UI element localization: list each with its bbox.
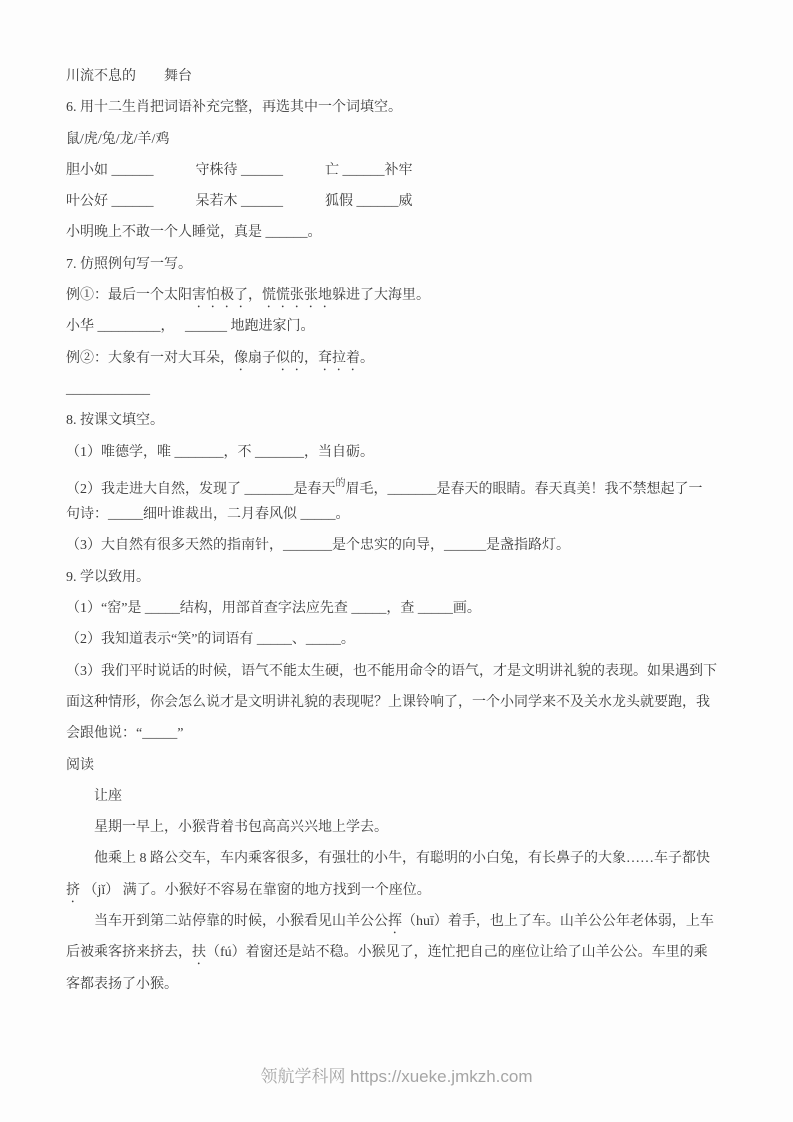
text-segment: （1）“窑”是 _____结构，用部首查字法应先查 _____，查 _____画… bbox=[66, 601, 481, 616]
emphasis-dot-text: 耷拉着 bbox=[318, 351, 360, 366]
text-segment: 叶公好 ______ 呆若木 ______ 狐假 ______威 bbox=[66, 194, 413, 209]
text-segment: 小华 _________， ______ 地跑进家门。 bbox=[66, 319, 315, 334]
text-line: （1）唯德学，唯 _______，不 _______，当自砺。 bbox=[66, 437, 736, 468]
exam-paper-page: 川流不息的 舞台6. 用十二生肖把词语补充完整，再选其中一个词填空。鼠/虎/兔/… bbox=[0, 0, 793, 1122]
text-line: 客都表扬了小猴。 bbox=[66, 969, 736, 1000]
text-line: （3）大自然有很多天然的指南针，_______是个忠实的向导，______是盏指… bbox=[66, 530, 736, 561]
text-line: 川流不息的 舞台 bbox=[66, 61, 736, 92]
watermark-text: 领航学科网 https://xueke.jmkzh.com bbox=[260, 1067, 532, 1086]
emphasis-dot-text: 挤 bbox=[66, 883, 80, 898]
text-line: （2）我走进大自然，发现了 _______是春天的眉毛，_______是春天的眼… bbox=[66, 468, 736, 499]
text-segment: （fú）着窗还是站不稳。小猴见了，连忙把自己的座位让给了山羊公公。车里的乘 bbox=[206, 945, 708, 960]
emphasis-dot-text: 似的 bbox=[276, 351, 304, 366]
text-segment: （1）唯德学，唯 _______，不 _______，当自砺。 bbox=[66, 445, 374, 460]
text-segment: 7. 仿照例句写一写。 bbox=[66, 257, 192, 272]
text-segment: 当车开到第二站停靠的时候，小猴看见山羊公公 bbox=[94, 914, 388, 929]
inserted-superscript-text: 的 bbox=[336, 478, 346, 489]
text-segment: 例②：大象有一对大耳朵， bbox=[66, 351, 234, 366]
text-segment: 后被乘客挤来挤去， bbox=[66, 945, 192, 960]
text-segment: 鼠/虎/兔/龙/羊/鸡 bbox=[66, 132, 169, 147]
emphasis-dot-text: 扶 bbox=[192, 945, 206, 960]
text-segment: 。 bbox=[360, 351, 374, 366]
text-segment: 句诗：_____细叶谁裁出，二月春风似 _____。 bbox=[66, 507, 350, 522]
text-segment: ____________ bbox=[66, 382, 150, 397]
text-segment: 阅读 bbox=[66, 758, 94, 773]
text-segment: 面这种情形，你会怎么说才是文明讲礼貌的表现呢？上课铃响了，一个小同学来不及关水龙… bbox=[66, 695, 710, 710]
text-line: 6. 用十二生肖把词语补充完整，再选其中一个词填空。 bbox=[66, 92, 736, 123]
text-line: 让座 bbox=[66, 781, 736, 812]
text-segment: 客都表扬了小猴。 bbox=[66, 977, 178, 992]
watermark-footer: 领航学科网 https://xueke.jmkzh.com bbox=[0, 1062, 793, 1087]
text-line: 挤 （jǐ） 满了。小猴好不容易在靠窗的地方找到一个座位。 bbox=[66, 875, 736, 906]
text-line: 星期一早上，小猴背着书包高高兴兴地上学去。 bbox=[66, 812, 736, 843]
emphasis-dot-text: 像 bbox=[234, 351, 248, 366]
text-line: 面这种情形，你会怎么说才是文明讲礼貌的表现呢？上课铃响了，一个小同学来不及关水龙… bbox=[66, 687, 736, 718]
text-line: 例②：大象有一对大耳朵，像扇子似的，耷拉着。 bbox=[66, 343, 736, 374]
text-segment: 星期一早上，小猴背着书包高高兴兴地上学去。 bbox=[94, 820, 388, 835]
document-content: 川流不息的 舞台6. 用十二生肖把词语补充完整，再选其中一个词填空。鼠/虎/兔/… bbox=[66, 61, 736, 1000]
emphasis-dot-text: 挥 bbox=[388, 914, 402, 929]
text-segment: （3）大自然有很多天然的指南针，_______是个忠实的向导，______是盏指… bbox=[66, 538, 570, 553]
text-line: （3）我们平时说话的时候，语气不能太生硬，也不能用命令的语气，才是文明讲礼貌的表… bbox=[66, 656, 736, 687]
text-line: 例①：最后一个太阳害怕极了，慌慌张张地躲进了大海里。 bbox=[66, 280, 736, 311]
text-segment: 躲进了大海里。 bbox=[332, 288, 430, 303]
text-line: 鼠/虎/兔/龙/羊/鸡 bbox=[66, 124, 736, 155]
text-segment: 会跟他说：“_____” bbox=[66, 726, 183, 741]
text-line: ____________ bbox=[66, 374, 736, 405]
text-line: 叶公好 ______ 呆若木 ______ 狐假 ______威 bbox=[66, 186, 736, 217]
text-segment: 9. 学以致用。 bbox=[66, 570, 150, 585]
text-segment: 8. 按课文填空。 bbox=[66, 413, 164, 428]
text-segment: 川流不息的 舞台 bbox=[66, 69, 192, 84]
text-segment: （huī）着手，也上了车。山羊公公年老体弱，上车 bbox=[402, 914, 714, 929]
text-segment: 他乘上 8 路公交车，车内乘客很多，有强壮的小牛，有聪明的小白兔，有长鼻子的大象… bbox=[94, 851, 710, 866]
text-segment: （3）我们平时说话的时候，语气不能太生硬，也不能用命令的语气，才是文明讲礼貌的表… bbox=[66, 664, 717, 679]
text-line: （1）“窑”是 _____结构，用部首查字法应先查 _____，查 _____画… bbox=[66, 593, 736, 624]
text-line: 会跟他说：“_____” bbox=[66, 718, 736, 749]
text-segment: 例①：最后一个太阳 bbox=[66, 288, 192, 303]
text-segment: 胆小如 ______ 守株待 ______ 亡 ______补牢 bbox=[66, 163, 413, 178]
text-segment: ， bbox=[304, 351, 318, 366]
text-line: 后被乘客挤来挤去，扶（fú）着窗还是站不稳。小猴见了，连忙把自己的座位让给了山羊… bbox=[66, 937, 736, 968]
text-segment: 让座 bbox=[94, 789, 122, 804]
text-line: 小华 _________， ______ 地跑进家门。 bbox=[66, 311, 736, 342]
text-line: 他乘上 8 路公交车，车内乘客很多，有强壮的小牛，有聪明的小白兔，有长鼻子的大象… bbox=[66, 843, 736, 874]
text-line: （2）我知道表示“笑”的词语有 _____、_____。 bbox=[66, 624, 736, 655]
text-line: 9. 学以致用。 bbox=[66, 562, 736, 593]
text-line: 8. 按课文填空。 bbox=[66, 405, 736, 436]
text-segment: 扇子 bbox=[248, 351, 276, 366]
text-line: 阅读 bbox=[66, 750, 736, 781]
text-line: 当车开到第二站停靠的时候，小猴看见山羊公公挥（huī）着手，也上了车。山羊公公年… bbox=[66, 906, 736, 937]
text-segment: 6. 用十二生肖把词语补充完整，再选其中一个词填空。 bbox=[66, 100, 402, 115]
text-segment: 眉毛，_______是春天的眼睛。春天真美！我不禁想起了一 bbox=[346, 482, 703, 497]
text-segment: （jǐ） 满了。小猴好不容易在靠窗的地方找到一个座位。 bbox=[80, 883, 431, 898]
text-segment: 小明晚上不敢一个人睡觉，真是 ______。 bbox=[66, 225, 322, 240]
text-line: 胆小如 ______ 守株待 ______ 亡 ______补牢 bbox=[66, 155, 736, 186]
text-line: 小明晚上不敢一个人睡觉，真是 ______。 bbox=[66, 217, 736, 248]
emphasis-dot-text: 害怕极了 bbox=[192, 288, 248, 303]
emphasis-dot-text: 慌慌张张地 bbox=[262, 288, 332, 303]
text-line: 句诗：_____细叶谁裁出，二月春风似 _____。 bbox=[66, 499, 736, 530]
text-segment: ， bbox=[248, 288, 262, 303]
text-segment: （2）我知道表示“笑”的词语有 _____、_____。 bbox=[66, 632, 355, 647]
text-segment: （2）我走进大自然，发现了 _______是春天 bbox=[66, 482, 336, 497]
text-line: 7. 仿照例句写一写。 bbox=[66, 249, 736, 280]
